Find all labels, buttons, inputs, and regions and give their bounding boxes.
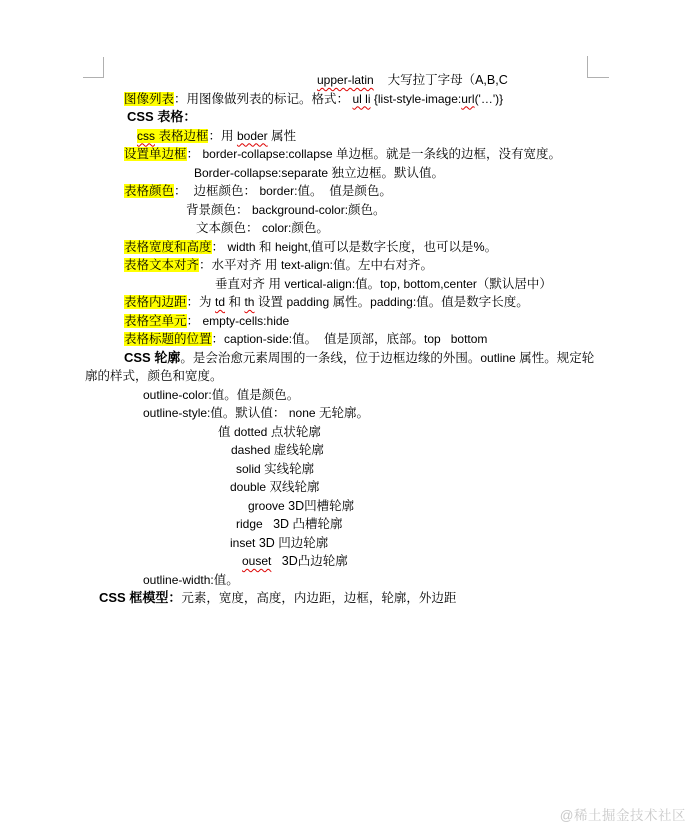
text-segment: 和	[225, 295, 244, 309]
text-segment: 属性。	[329, 295, 370, 309]
text-segment: top, bottom,center	[380, 277, 477, 291]
doc-line: 垂直对齐 用 vertical-align:值。top, bottom,cent…	[0, 275, 692, 294]
text-segment: padding:	[370, 295, 416, 309]
text-segment: 大写拉丁字母（A,B,C	[374, 73, 508, 87]
heading-text: CSS 表格：	[127, 109, 196, 124]
text-segment: 值。左中右对齐。	[333, 258, 433, 272]
text-segment: groove	[248, 499, 285, 513]
text-segment: border:	[259, 184, 297, 198]
highlighted-text: 表格标题的位置	[124, 332, 212, 346]
doc-line: 表格标题的位置：caption-side:值。 值是顶部，底部。top bott…	[0, 330, 692, 349]
text-segment: top bottom	[424, 332, 487, 346]
text-segment: height,	[275, 240, 311, 254]
text-segment: 值。值是数字长度。	[416, 295, 529, 309]
text-segment: dotted	[234, 425, 267, 439]
text-segment: 3D 凹边轮廓	[255, 536, 328, 550]
text-segment: 3D凹槽轮廓	[285, 499, 354, 513]
text-segment: （默认居中）	[477, 277, 552, 291]
text-segment: 属性	[268, 129, 296, 143]
doc-line: 文本颜色： color:颜色。	[0, 219, 692, 238]
text-segment: width	[228, 240, 256, 254]
text-segment: 属性。规定轮	[516, 351, 594, 365]
spellcheck-flagged-text: ul li	[353, 92, 371, 106]
text-segment: ：水平对齐 用	[199, 258, 281, 272]
text-segment: solid	[236, 462, 261, 476]
doc-line: solid 实线轮廓	[0, 460, 692, 479]
spellcheck-flagged-text: css	[137, 129, 155, 143]
doc-line: CSS 框模型：元素，宽度，高度，内边距，边框，轮廓，外边距	[0, 589, 692, 608]
text-segment: ridge	[236, 517, 263, 531]
doc-line: 表格文本对齐：水平对齐 用 text-align:值。左中右对齐。	[0, 256, 692, 275]
doc-line: double 双线轮廓	[0, 478, 692, 497]
doc-line: 图像列表：用图像做列表的标记。格式： ul li {list-style-ima…	[0, 90, 692, 109]
text-segment: background-color:	[252, 203, 348, 217]
doc-line: CSS 轮廓。是会治愈元素周围的一条线，位于边框边缘的外围。outline 属性…	[0, 349, 692, 368]
doc-line: dashed 虚线轮廓	[0, 441, 692, 460]
heading-text: CSS 框模型：	[99, 590, 181, 605]
text-segment: 3D 凸槽轮廓	[263, 517, 343, 531]
text-segment: text-align:	[281, 258, 333, 272]
text-segment: ：用	[208, 129, 236, 143]
doc-line: 表格颜色： 边框颜色： border:值。 值是颜色。	[0, 182, 692, 201]
highlighted-text: 图像列表	[124, 92, 174, 106]
text-segment: 值。	[214, 573, 239, 587]
document-page: upper-latin 大写拉丁字母（A,B,C图像列表：用图像做列表的标记。格…	[0, 0, 692, 832]
text-segment: double	[230, 480, 266, 494]
spellcheck-flagged-text: url	[461, 92, 474, 106]
text-segment: outline-color:	[143, 388, 212, 402]
doc-line: inset 3D 凹边轮廓	[0, 534, 692, 553]
text-segment: 背景颜色：	[186, 203, 252, 217]
doc-line: 表格空单元： empty-cells:hide	[0, 312, 692, 331]
text-segment: 值	[218, 425, 234, 439]
text-segment: caption-side:	[224, 332, 292, 346]
text-segment: 和	[256, 240, 275, 254]
text-segment: border-collapse:collapse	[203, 147, 333, 161]
doc-line: outline-style:值。默认值： none 无轮廓。	[0, 404, 692, 423]
doc-line: ouset 3D凸边轮廓	[0, 552, 692, 571]
text-segment: {list-style-image:	[371, 92, 462, 106]
text-segment: ： 边框颜色：	[174, 184, 259, 198]
text-segment: outline-style:	[143, 406, 210, 420]
text-segment: padding	[286, 295, 329, 309]
text-segment: 双线轮廓	[266, 480, 319, 494]
text-segment: 值可以是数字长度，也可以是%。	[311, 240, 497, 254]
text-segment: ：用图像做列表的标记。格式：	[174, 92, 352, 106]
text-segment: 值。值是颜色。	[212, 388, 300, 402]
text-segment: vertical-align:	[284, 277, 355, 291]
text-segment: 廓的样式，颜色和宽度。	[85, 369, 223, 383]
doc-line: Border-collapse:separate 独立边框。默认值。	[0, 164, 692, 183]
text-segment: ：	[212, 332, 225, 346]
text-segment: Border-collapse:separate	[194, 166, 328, 180]
watermark-text: @稀土掘金技术社区	[560, 804, 686, 824]
text-segment: 。是会治愈元素周围的一条线，位于边框边缘的外围。	[180, 351, 480, 365]
doc-line: 廓的样式，颜色和宽度。	[0, 367, 692, 386]
text-segment: 值。	[355, 277, 380, 291]
text-segment: ：	[187, 314, 203, 328]
spellcheck-flagged-text: boder	[237, 129, 268, 143]
text-segment: 元素，宽度，高度，内边距，边框，轮廓，外边距	[181, 591, 456, 605]
highlighted-text: 表格内边距	[124, 295, 187, 309]
doc-line: 设置单边框： border-collapse:collapse 单边框。就是一条…	[0, 145, 692, 164]
text-segment: 文本颜色：	[196, 221, 262, 235]
doc-line: css 表格边框：用 boder 属性	[0, 127, 692, 146]
text-segment: 值。 值是颜色。	[297, 184, 391, 198]
doc-line: 表格内边距：为 td 和 th 设置 padding 属性。padding:值。…	[0, 293, 692, 312]
text-segment: 颜色。	[348, 203, 386, 217]
doc-line: outline-width:值。	[0, 571, 692, 590]
text-segment: 实线轮廓	[261, 462, 314, 476]
text-segment: ：	[187, 147, 203, 161]
text-segment: dashed	[231, 443, 270, 457]
highlighted-text: 表格宽度和高度	[124, 240, 212, 254]
highlighted-text: 表格空单元	[124, 314, 187, 328]
text-segment: ：	[212, 240, 228, 254]
doc-line: outline-color:值。值是颜色。	[0, 386, 692, 405]
doc-line: upper-latin 大写拉丁字母（A,B,C	[0, 71, 692, 90]
text-segment: 3D凸边轮廓	[271, 554, 347, 568]
text-segment: 虚线轮廓	[270, 443, 323, 457]
text-segment: 点状轮廓	[267, 425, 320, 439]
spellcheck-flagged-text: th	[244, 295, 254, 309]
doc-line: 表格宽度和高度： width 和 height,值可以是数字长度，也可以是%。	[0, 238, 692, 257]
text-segment: ('…')}	[475, 92, 504, 106]
text-segment: 独立边框。默认值。	[328, 166, 444, 180]
text-segment: empty-cells:hide	[203, 314, 290, 328]
text-segment: 值。默认值：	[210, 406, 288, 420]
text-segment: 值。 值是顶部，底部。	[292, 332, 424, 346]
text-segment: 设置	[254, 295, 286, 309]
text-segment: ：为	[187, 295, 215, 309]
highlighted-text: 设置单边框	[124, 147, 187, 161]
doc-line: groove 3D凹槽轮廓	[0, 497, 692, 516]
doc-line: 背景颜色： background-color:颜色。	[0, 201, 692, 220]
doc-line: CSS 表格：	[0, 108, 692, 127]
highlighted-text: 表格边框	[155, 129, 208, 143]
spellcheck-flagged-text: upper-latin	[317, 73, 374, 87]
text-segment: outline-width:	[143, 573, 214, 587]
spellcheck-flagged-text: ouset	[242, 554, 271, 568]
text-segment: color:	[262, 221, 291, 235]
highlighted-text: 表格颜色	[124, 184, 174, 198]
text-segment: none	[289, 406, 316, 420]
text-segment: 颜色。	[291, 221, 329, 235]
doc-line: ridge 3D 凸槽轮廓	[0, 515, 692, 534]
text-segment: 无轮廓。	[316, 406, 369, 420]
text-segment: 垂直对齐 用	[215, 277, 284, 291]
heading-text: CSS 轮廓	[124, 350, 180, 365]
text-segment: 单边框。就是一条线的边框，没有宽度。	[333, 147, 561, 161]
document-body: upper-latin 大写拉丁字母（A,B,C图像列表：用图像做列表的标记。格…	[0, 71, 692, 608]
highlighted-text: 表格文本对齐	[124, 258, 199, 272]
text-segment: inset	[230, 536, 255, 550]
text-segment: outline	[480, 351, 515, 365]
spellcheck-flagged-text: td	[215, 295, 225, 309]
doc-line: 值 dotted 点状轮廓	[0, 423, 692, 442]
